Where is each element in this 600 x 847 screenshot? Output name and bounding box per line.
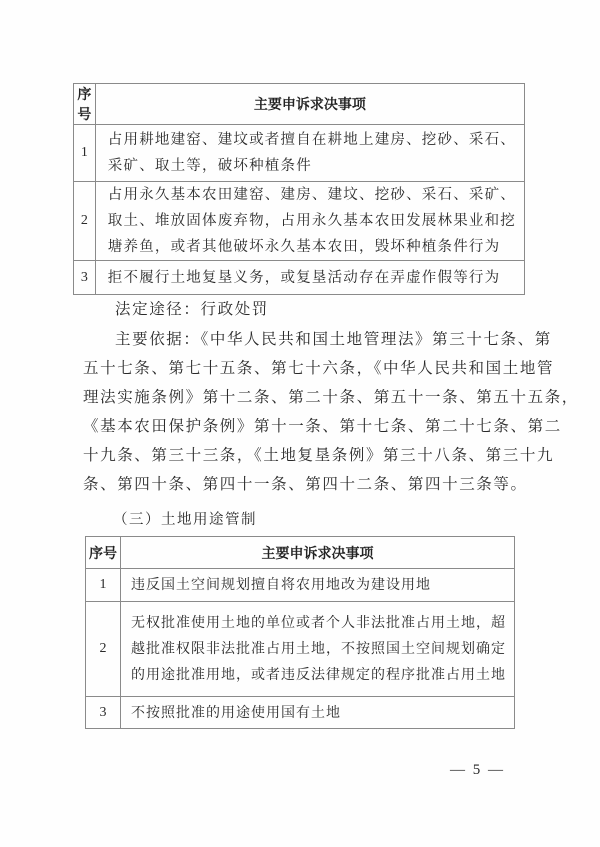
complaint-items-table-1: 序号 主要申诉求决事项 1 占用耕地建窑、建坟或者擅自在耕地上建房、挖砂、采石、… [73,83,525,295]
table-row: 2 无权批准使用土地的单位或者个人非法批准占用土地，超 越批准权限非法批准占用土… [86,602,515,697]
header-main-items: 主要申诉求决事项 [95,84,524,125]
header-main-items: 主要申诉求决事项 [121,537,515,569]
legal-basis-paragraph: 主要依据：《中华人民共和国土地管理法》第三十七条、第 五十七条、第七十五条、第七… [83,325,523,499]
row-text-line: 的用途批准用地，或者违反法律规定的程序批准占用土地 [131,662,506,688]
row-text-line: 采矿、取土等，破坏种植条件 [108,153,516,179]
table-header-row: 序号 主要申诉求决事项 [74,84,525,125]
table-row: 2 占用永久基本农田建窑、建房、建坟、挖砂、采石、采矿、 取土、堆放固体废弃物，… [74,182,525,261]
paragraph-line: 《基本农田保护条例》第十一条、第十七条、第二十七条、第二 [83,412,523,441]
page-number: — 5 — [450,762,505,779]
row-description: 占用永久基本农田建窑、建房、建坟、挖砂、采石、采矿、 取土、堆放固体废弃物，占用… [95,182,524,261]
row-text-line: 占用永久基本农田建窑、建房、建坟、挖砂、采石、采矿、 [108,182,516,208]
paragraph-line: 主要依据：《中华人民共和国土地管理法》第三十七条、第 [83,325,523,354]
table-row: 1 违反国土空间规划擅自将农用地改为建设用地 [86,569,515,602]
row-number: 1 [74,125,96,182]
table-header-row: 序号 主要申诉求决事项 [86,537,515,569]
row-description: 占用耕地建窑、建坟或者擅自在耕地上建房、挖砂、采石、 采矿、取土等，破坏种植条件 [95,125,524,182]
paragraph-line: 十九条、第三十三条，《土地复垦条例》第三十八条、第三十九 [83,441,523,470]
row-description: 拒不履行土地复垦义务，或复垦活动存在弄虚作假等行为 [95,261,524,295]
row-description: 违反国土空间规划擅自将农用地改为建设用地 [121,569,515,602]
row-text-line: 取土、堆放固体废弃物，占用永久基本农田发展林果业和挖 [108,208,516,234]
header-serial-number: 序号 [86,537,121,569]
row-text-line: 塘养鱼，或者其他破坏永久基本农田，毁坏种植条件行为 [108,234,516,260]
row-text-line: 越批准权限非法批准占用土地，不按照国土空间规划确定 [131,636,506,662]
row-description: 不按照批准的用途使用国有土地 [121,697,515,729]
row-text-line: 无权批准使用土地的单位或者个人非法批准占用土地，超 [131,610,506,636]
row-number: 3 [86,697,121,729]
row-text-line: 占用耕地建窑、建坟或者擅自在耕地上建房、挖砂、采石、 [108,127,516,153]
paragraph-line: 理法实施条例》第十二条、第二十条、第五十一条、第五十五条， [83,383,523,412]
paragraph-line: 条、第四十条、第四十一条、第四十二条、第四十三条等。 [83,470,523,499]
row-text-line: 拒不履行土地复垦义务，或复垦活动存在弄虚作假等行为 [108,265,516,291]
section-heading: （三）土地用途管制 [113,508,257,529]
row-number: 3 [74,261,96,295]
row-text-line: 违反国土空间规划擅自将农用地改为建设用地 [131,572,506,598]
row-description: 无权批准使用土地的单位或者个人非法批准占用土地，超 越批准权限非法批准占用土地，… [121,602,515,697]
table-row: 3 拒不履行土地复垦义务，或复垦活动存在弄虚作假等行为 [74,261,525,295]
legal-route-paragraph: 法定途径：行政处罚 [83,295,555,324]
table-row: 3 不按照批准的用途使用国有土地 [86,697,515,729]
header-serial-number: 序号 [74,84,96,125]
paragraph-line: 五十七条、第七十五条、第七十六条，《中华人民共和国土地管 [83,354,523,383]
row-number: 2 [86,602,121,697]
complaint-items-table-2: 序号 主要申诉求决事项 1 违反国土空间规划擅自将农用地改为建设用地 2 无权批… [85,536,515,729]
row-text-line: 不按照批准的用途使用国有土地 [131,700,506,726]
row-number: 1 [86,569,121,602]
table-row: 1 占用耕地建窑、建坟或者擅自在耕地上建房、挖砂、采石、 采矿、取土等，破坏种植… [74,125,525,182]
row-number: 2 [74,182,96,261]
